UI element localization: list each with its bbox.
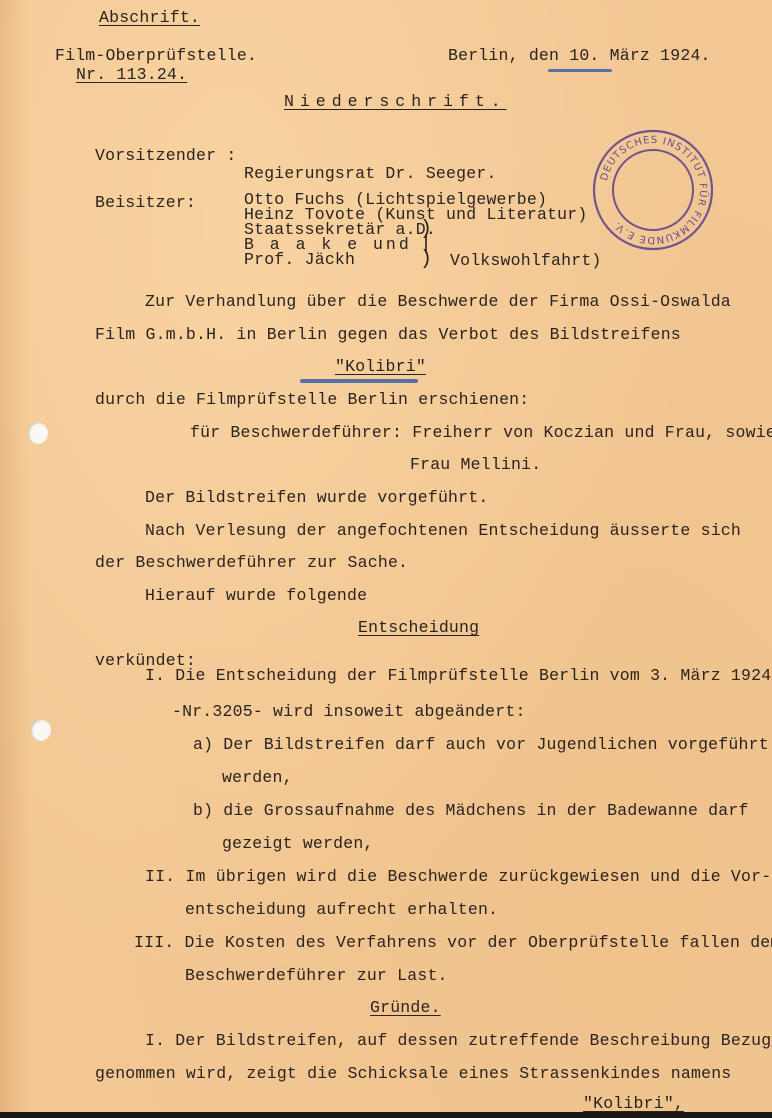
decision-item-b-line-2: gezeigt werden, [222,834,374,853]
screened-line: Der Bildstreifen wurde vorgeführt. [145,488,488,507]
decision-item-2-line-1: II. Im übrigen wird die Beschwerde zurüc… [145,867,771,886]
document-title: Niederschrift. [284,92,507,111]
assessor-5: Prof. Jäckh [244,253,355,267]
reasons-line-2: genommen wird, zeigt die Schicksale eine… [95,1064,731,1083]
decision-item-1-line-1: I. Die Entscheidung der Filmprüfstelle B… [145,666,771,685]
film-title: "Kolibri" [335,357,426,376]
decision-item-1-line-2: -Nr.3205- wird insoweit abgeändert: [172,702,526,721]
decision-item-b-line-1: b) die Grossaufnahme des Mädchens in der… [193,801,749,820]
reference-number: Nr. 113.24. [76,65,187,84]
intro-line-2: Film G.m.b.H. in Berlin gegen das Verbot… [95,325,681,344]
authority: Film-Oberprüfstelle. [55,46,257,65]
chair-name: Regierungsrat Dr. Seeger. [244,164,497,183]
scan-edge [0,1112,772,1118]
decision-heading: Entscheidung [358,618,479,637]
appearance-line-2: Frau Mellini. [410,455,541,474]
assessors-label: Beisitzer: [95,193,196,212]
reasons-line-3: "Kolibri", [583,1094,684,1113]
reasons-line-1: I. Der Bildstreifen, auf dessen zutreffe… [145,1031,771,1050]
decision-item-a-line-1: a) Der Bildstreifen darf auch vor Jugend… [193,735,769,754]
reading-line-2: der Beschwerdeführer zur Sache. [95,553,408,572]
decision-item-2-line-2: entscheidung aufrecht erhalten. [185,900,498,919]
blue-pencil-mark [300,379,418,383]
decision-item-3-line-2: Beschwerdeführer zur Last. [185,966,448,985]
blue-pencil-mark [548,69,612,72]
decision-item-3-line-1: III. Die Kosten des Verfahrens vor der O… [134,933,772,952]
brace: )|) [420,222,432,267]
place-date: Berlin, den 10. März 1924. [448,46,711,65]
intro-line-3: durch die Filmprüfstelle Berlin erschien… [95,390,529,409]
decision-item-a-line-2: werden, [222,768,293,787]
reading-line-1: Nach Verlesung der angefochtenen Entsche… [145,521,741,540]
copy-label: Abschrift. [99,8,200,27]
intro-line-1: Zur Verhandlung über die Beschwerde der … [145,292,731,311]
punch-hole-bottom [31,719,51,741]
reasons-heading: Gründe. [370,998,441,1017]
assessors-group: Volkswohlfahrt) [450,254,602,268]
punch-hole-top [28,422,48,444]
institute-stamp: DEUTSCHES INSTITUT FÜR FILMKUNDE E.V. [591,128,715,252]
chair-label: Vorsitzender : [95,146,236,165]
following-line: Hierauf wurde folgende [145,586,367,605]
appearance-line-1: für Beschwerdeführer: Freiherr von Koczi… [190,423,772,442]
